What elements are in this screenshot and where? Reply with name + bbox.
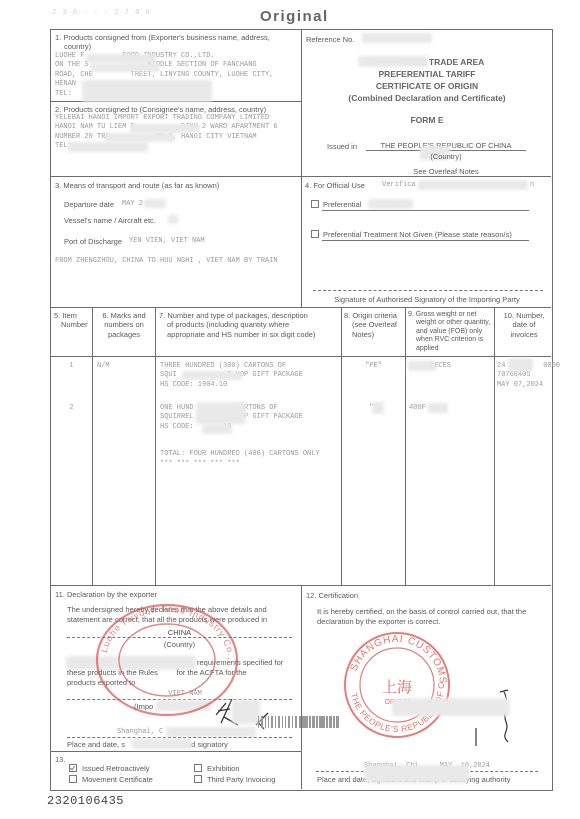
issued-retroactively-label: Issued Retroactively [82,764,150,773]
redaction [232,700,260,724]
col-header-invoices: 10. Number, date of invoices [497,311,551,339]
header-line: Number [54,320,92,329]
departure-label: Departure date [64,200,114,209]
invoice-line: MAY 07,2024 [497,381,560,390]
header-line: 8. Origin criteria [344,311,406,320]
redaction [105,133,175,142]
header-line: date of [497,320,551,329]
redaction [508,358,533,372]
col-header-origin: 8. Origin criteria (see Overleaf Notes) [344,311,406,339]
invoice-line: 70760405 [497,371,560,380]
header-line: 10. Number, [497,311,551,320]
certification-text: It is hereby certified, on the basis of … [317,607,526,616]
header-line: 7. Number and type of packages, descript… [159,311,341,320]
verification-tail: n [530,181,534,190]
port-value: YEN VIEN, VIET NAM [129,237,205,246]
divider [341,308,342,585]
reference-redaction [362,33,432,43]
serial-number: 2320106435 [47,794,124,808]
redaction [392,698,510,716]
consignor-label-cont: country) [64,42,91,51]
signature-line [313,290,543,291]
header-line: 5. Item [54,311,92,320]
consignor-label: 1. Products consigned from (Exporter's b… [55,33,270,42]
header-line: weight or other quantity, [408,319,496,327]
redaction [166,727,256,737]
redaction [364,765,469,783]
customs-stamp: SHANGHAI CUSTOMS THE PEOPLE'S REPUBLIC O… [342,630,452,740]
header-line: and value (FOB) only [408,328,496,336]
redaction [130,124,200,133]
consignee-line: YELEBAI HANOI IMPORT EXPORT TRADING COMP… [55,114,278,123]
item-number: 2 [51,404,92,413]
form-heading-line4: (Combined Declaration and Certificate) [302,92,552,104]
header-line: Notes) [344,330,406,339]
col-header-description: 7. Number and type of packages, descript… [159,311,341,339]
col-header-item: 5. Item Number [54,311,92,330]
preferential-given-checkbox[interactable] [311,200,319,208]
redaction [368,199,413,209]
redaction [82,80,212,102]
barcode [300,716,350,732]
header-line: numbers on [93,320,155,329]
divider [51,307,551,308]
header-line: invoices [497,330,551,339]
exhibition-checkbox[interactable] [194,764,202,772]
issued-retroactively-checkbox[interactable] [69,764,77,772]
form-heading-line3: CERTIFICATE OF ORIGIN [302,80,552,92]
divider [51,356,551,357]
item-marks: N/M [97,362,110,371]
reference-label: Reference No. [306,35,354,44]
consignor-line: ROAD, CHE TREET, LINYING COUNTY, LUOHE C… [55,71,273,80]
redaction [408,361,436,371]
origin-criterion: "PE" [342,362,405,371]
divider [155,308,156,585]
redaction [132,739,192,749]
redaction [144,199,166,208]
declaration-label: 11. Declaration by the exporter [55,590,157,599]
signatory-line [67,737,292,738]
importer-signature-caption: Signature of Authorised Signatory of the… [302,295,552,304]
form-name: FORM E [302,115,552,125]
redaction [372,402,384,414]
header-line: packages [93,330,155,339]
header-line: (see Overleaf [344,320,406,329]
underline [322,210,529,211]
certifier-signature [470,688,520,748]
redaction [86,54,156,63]
third-party-invoicing-label: Third Party Invoicing [207,775,275,784]
header-line: of products (including quantity where [159,320,341,329]
overleaf-notes: See Overleaf Notes [366,167,526,176]
col-header-marks: 6. Marks and numbers on packages [93,311,155,339]
movement-certificate-label: Movement Certificate [82,775,153,784]
description-line: HS CODE: 1904.10 [160,381,303,390]
issued-in-caption: (Country) [366,152,526,161]
divider [92,308,93,585]
header-line: appropriate and HS number in six digit c… [159,330,341,339]
header-line: when RVC criterion is [408,336,496,344]
consignee-label: 2. Products consigned to (Consignee's na… [55,105,266,114]
item-weight: 400F [409,404,426,413]
item-number: 1 [51,362,92,371]
redaction [168,215,178,224]
movement-certificate-checkbox[interactable] [69,775,77,783]
departure-value: MAY 2 [122,200,143,209]
preferential-not-given-label: Preferential Treatment Not Given (Please… [323,230,512,239]
col-header-weight: 9. Gross weight or net weight or other q… [408,311,496,353]
official-use-label: 4. For Official Use [305,181,365,190]
verification-text: Verifica [382,181,416,190]
redaction [196,402,246,424]
divider [405,308,406,585]
preferential-not-given-checkbox[interactable] [311,230,319,238]
transport-label: 3. Means of transport and route (as far … [55,181,219,190]
form-heading-line2: PREFERENTIAL TARIFF [302,68,552,80]
redaction [418,180,528,190]
issued-in-label: Issued in [327,142,357,151]
closing-stars: *** *** *** *** *** [160,460,240,469]
third-party-invoicing-checkbox[interactable] [194,775,202,783]
redaction [358,56,428,67]
total-line: TOTAL: FOUR HUNDRED (400) CARTONS ONLY [160,450,320,459]
route-value: FROM ZHENGZHOU, CHINA TO HUU NGHI , VIET… [55,257,278,266]
box13-label: 13. [55,755,65,764]
vessel-label: Vessel's name / Aircraft etc. [64,216,156,225]
redaction [428,403,448,413]
certification-label: 12. Certification [306,591,358,600]
document-title: Original [260,8,329,25]
header-line: 9. Gross weight or net [408,311,496,319]
divider [51,751,302,752]
redaction [68,142,148,152]
header-line: 6. Marks and [93,311,155,320]
underline [322,240,529,241]
port-label: Port of Discharge [64,237,122,246]
redaction [182,371,242,380]
top-left-code: 2 3 0 - - - 2 7 0 6 [52,9,151,18]
customs-stamp-city: 上海 [382,678,412,696]
header-line: applied [408,345,496,353]
redaction [90,63,160,72]
divider [301,586,302,789]
redaction [202,424,232,434]
certification-text: declaration by the exporter is correct. [317,617,440,626]
exhibition-label: Exhibition [207,764,240,773]
